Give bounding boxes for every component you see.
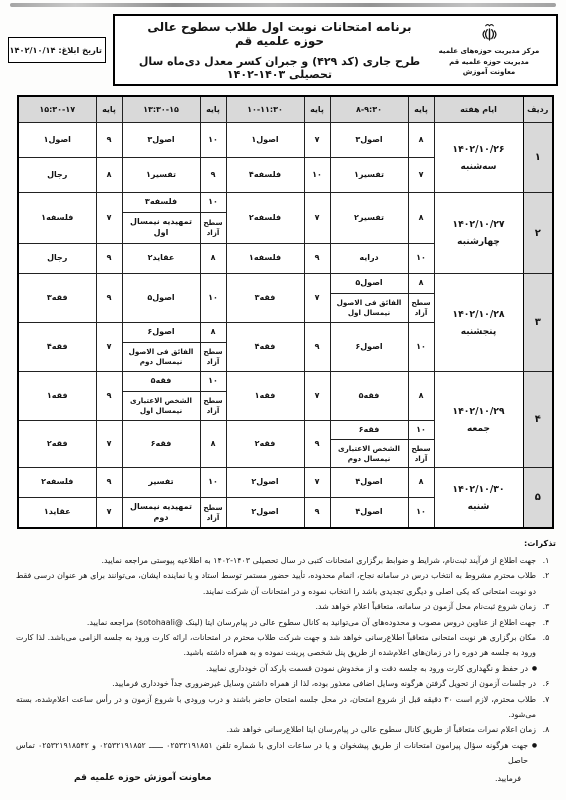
note-item: ۱.جهت اطلاع از فرآیند ثبت‌نام، شرایط و ض… xyxy=(12,553,556,568)
day-date-cell: ۱۴۰۲/۱۰/۳۰شنبه xyxy=(434,468,523,529)
time-slot-cell: ۸رجال xyxy=(18,158,122,193)
slot-grid: ۱۰اصول۴ xyxy=(331,498,434,527)
column-header: ۱۳:۳۰-۱۵ xyxy=(122,96,200,123)
exam-date: ۱۴۰۲/۱۰/۲۶ xyxy=(435,144,523,155)
lesson-cell: فقه۲ xyxy=(227,421,304,467)
paye-cell: ۱۰ xyxy=(408,244,434,273)
day-row: ۱۱۴۰۲/۱۰/۲۶سه‌شنبه۸اصول۳۷اصول۱۱۰اصول۳۹اص… xyxy=(18,123,553,158)
paye-cell: ۱۰ xyxy=(408,498,434,527)
lesson-cell: فقه۵ xyxy=(123,372,200,391)
paye-cell: ۹ xyxy=(304,244,330,273)
time-slot-cell: ۹فقه۱ xyxy=(18,372,122,421)
time-slot-cell: ۷فقه۴ xyxy=(18,323,122,372)
slot-grid: ۱۰اصول۳ xyxy=(123,123,226,157)
bullet-icon: ● xyxy=(528,738,541,753)
slot-grid: سطح آزادتمهیدیه نیمسال دوم xyxy=(123,498,226,527)
document-title: برنامه امتحانات نوبت اول طلاب سطوح عالی … xyxy=(131,20,428,48)
note-number: ۴. xyxy=(536,615,556,630)
bullet-icon: ● xyxy=(528,661,541,676)
paye-cell: ۷ xyxy=(96,421,122,467)
slot-grid: ۷تفسیر۱ xyxy=(331,158,434,192)
lesson-cell: اصول۵ xyxy=(123,274,200,322)
weekday: سه‌شنبه xyxy=(435,162,523,172)
paye-cell: ۹ xyxy=(96,123,122,157)
note-text: در جلسات آزمون از تحویل گرفتن هرگونه وسا… xyxy=(12,676,536,691)
note-item: ۳.زمان شروع ثبت‌نام محل آزمون در سامانه،… xyxy=(12,599,556,614)
time-slot-cell: ۸فقه۵ xyxy=(330,372,434,421)
slot-grid: ۷عقاید۱ xyxy=(19,498,122,527)
day-date-cell: ۱۴۰۲/۱۰/۲۸پنجشنبه xyxy=(434,274,523,372)
slot-grid: ۹فلسفه۲ xyxy=(19,468,122,497)
lesson-cell: تفسیر۱ xyxy=(123,158,200,192)
lesson-cell: تفسیر۲ xyxy=(331,193,408,243)
note-text: جهت هرگونه سؤال پیرامون امتحانات از طریق… xyxy=(12,738,528,769)
lesson-cell: رجال xyxy=(19,244,96,273)
weekday: پنجشنبه xyxy=(435,327,523,337)
lesson-cell: فقه۵ xyxy=(331,372,408,420)
time-slot-cell: ۷اصول۱ xyxy=(226,123,330,158)
lesson-cell: فقه۴ xyxy=(227,323,304,371)
time-slot-cell: ۸اصول۵سطح آزادالفائق فی الاصول نیمسال او… xyxy=(330,274,434,323)
lesson-cell: رجال xyxy=(19,158,96,192)
slot-grid: ۸فقه۵ xyxy=(331,372,434,420)
slot-grid: ۷فقه۱ xyxy=(227,372,330,420)
row-index: ۲ xyxy=(523,193,553,274)
slot-grid: ۱۰درایه xyxy=(331,244,434,273)
notice-date-box: تاریخ ابلاغ: ۱۴۰۲/۱۰/۱۴ xyxy=(8,37,106,63)
lesson-cell: اصول۱ xyxy=(19,123,96,157)
document-subtitle: طرح جاری (کد ۴۲۹) و جبران کسر معدل دی‌ما… xyxy=(131,55,428,81)
note-number: ۷. xyxy=(536,692,556,707)
paye-cell: ۷ xyxy=(304,372,330,420)
lesson-cell: فقه۳ xyxy=(227,274,304,322)
note-number: ۵. xyxy=(536,630,556,645)
slot-grid: ۱۰اصول۶ xyxy=(331,323,434,371)
day-date-cell: ۱۴۰۲/۱۰/۲۶سه‌شنبه xyxy=(434,123,523,193)
time-slot-cell: ۱۰درایه xyxy=(330,244,434,274)
slot-grid: ۹فقه۳ xyxy=(19,274,122,322)
closing-word: فرمایید. xyxy=(495,771,521,786)
time-slot-cell: ۷عقاید۱ xyxy=(18,498,122,529)
time-slot-cell: ۱۰فلسفه۴ xyxy=(226,158,330,193)
paye-cell: سطح آزاد xyxy=(200,391,226,420)
paye-cell: سطح آزاد xyxy=(200,342,226,371)
day-row: ۳۱۴۰۲/۱۰/۲۸پنجشنبه۸اصول۵سطح آزادالفائق ف… xyxy=(18,274,553,323)
lesson-cell: الشخص الاعتباری نیمسال دوم xyxy=(331,439,408,467)
paye-cell: سطح آزاد xyxy=(408,439,434,467)
time-slot-cell: ۸عقاید۲ xyxy=(122,244,226,274)
note-text: جهت اطلاع از فرآیند ثبت‌نام، شرایط و ضوا… xyxy=(12,553,536,568)
org-line-1: مرکز مدیریت حوزه‌های علمیه xyxy=(428,46,550,57)
time-slot-cell: ۹فلسفه۲ xyxy=(18,468,122,498)
paye-cell: ۷ xyxy=(408,158,434,192)
lesson-cell: تفسیر۱ xyxy=(331,158,408,192)
note-item: ۲.طلاب محترم مشروط به انتخاب درس در ساما… xyxy=(12,568,556,599)
note-number: ۲. xyxy=(536,568,556,583)
lesson-cell: تمهیدیه نیمسال اول xyxy=(123,212,200,243)
paye-cell: ۱۰ xyxy=(408,323,434,371)
paye-cell: ۸ xyxy=(408,372,434,420)
slot-grid: ۸اصول۵سطح آزادالفائق فی الاصول نیمسال او… xyxy=(331,274,434,322)
slot-grid: ۹فلسفه۱ xyxy=(227,244,330,273)
lesson-cell: فلسفه۳ xyxy=(123,193,200,212)
lesson-cell: فلسفه۲ xyxy=(19,468,96,497)
slot-grid: ۹فقه۲ xyxy=(227,421,330,467)
paye-cell: ۱۰ xyxy=(200,193,226,212)
lesson-cell: تفسیر xyxy=(123,468,200,497)
lesson-cell: فقه۶ xyxy=(331,421,408,439)
note-text: طلاب محترم مشروط به انتخاب درس در سامانه… xyxy=(12,568,536,599)
paye-cell: ۱۰ xyxy=(200,274,226,322)
column-header: پایه xyxy=(408,96,434,123)
lesson-cell: فقه۶ xyxy=(123,421,200,467)
slot-grid: ۹اصول۲ xyxy=(227,498,330,527)
time-slot-cell: ۸فقه۶ xyxy=(122,421,226,468)
note-text: در حفظ و نگهداری کارت ورود به جلسه دقت و… xyxy=(12,661,528,676)
slot-grid: ۷فقه۴ xyxy=(19,323,122,371)
column-header: پایه xyxy=(96,96,122,123)
paye-cell: ۹ xyxy=(96,468,122,497)
paye-cell: ۹ xyxy=(304,421,330,467)
lesson-cell: اصول۲ xyxy=(227,498,304,527)
lesson-cell: فقه۳ xyxy=(19,274,96,322)
iran-emblem-icon xyxy=(478,22,501,45)
time-slot-cell: ۷فقه۱ xyxy=(226,372,330,421)
lesson-cell: اصول۶ xyxy=(123,323,200,342)
note-number: ۳. xyxy=(536,599,556,614)
slot-grid: ۱۰اصول۵ xyxy=(123,274,226,322)
time-slot-cell: ۹رجال xyxy=(18,244,122,274)
paye-cell: ۷ xyxy=(96,323,122,371)
table-body: ۱۱۴۰۲/۱۰/۲۶سه‌شنبه۸اصول۳۷اصول۱۱۰اصول۳۹اص… xyxy=(18,123,553,529)
note-number: ۸. xyxy=(536,722,556,737)
paye-cell: سطح آزاد xyxy=(200,212,226,243)
paye-cell: ۹ xyxy=(304,498,330,527)
time-slot-cell: ۹فلسفه۱ xyxy=(226,244,330,274)
slot-grid: ۱۰تفسیر xyxy=(123,468,226,497)
paye-cell: ۱۰ xyxy=(200,468,226,497)
time-slot-cell: ۹فقه۴ xyxy=(226,323,330,372)
paye-cell: ۸ xyxy=(200,323,226,342)
lesson-cell: درایه xyxy=(331,244,408,273)
slot-grid: ۷فقه۲ xyxy=(19,421,122,467)
time-slot-cell: ۸تفسیر۲ xyxy=(330,193,434,244)
slot-grid: ۸رجال xyxy=(19,158,122,192)
org-line-3: معاونت آموزش xyxy=(428,67,550,78)
row-index: ۱ xyxy=(523,123,553,193)
note-text: جهت اطلاع از عناوین دروس مصوب و محدوده‌ه… xyxy=(12,615,536,630)
paye-cell: ۷ xyxy=(304,123,330,157)
paye-cell: ۸ xyxy=(408,193,434,243)
paye-cell: ۷ xyxy=(304,468,330,497)
slot-grid: ۱۰فقه۶سطح آزادالشخص الاعتباری نیمسال دوم xyxy=(331,421,434,467)
notice-date: تاریخ ابلاغ: ۱۴۰۲/۱۰/۱۴ xyxy=(10,45,102,55)
paye-cell: ۸ xyxy=(200,421,226,467)
time-slot-cell: ۱۰اصول۴ xyxy=(330,498,434,529)
note-number: ۶. xyxy=(536,676,556,691)
paye-cell: ۷ xyxy=(304,193,330,243)
lesson-cell: اصول۵ xyxy=(331,274,408,293)
slot-grid: ۹رجال xyxy=(19,244,122,273)
lesson-cell: اصول۱ xyxy=(227,123,304,157)
slot-grid: ۸تفسیر۲ xyxy=(331,193,434,243)
time-slot-cell: ۱۰اصول۵ xyxy=(122,274,226,323)
paye-cell: ۹ xyxy=(96,372,122,420)
exam-date: ۱۴۰۲/۱۰/۲۸ xyxy=(435,309,523,320)
slot-grid: ۱۰فلسفه۳سطح آزادتمهیدیه نیمسال اول xyxy=(123,193,226,243)
slot-grid: ۹اصول۱ xyxy=(19,123,122,157)
note-item: ●در حفظ و نگهداری کارت ورود به جلسه دقت … xyxy=(12,661,556,676)
paye-cell: سطح آزاد xyxy=(408,293,434,322)
paye-cell: ۱۰ xyxy=(200,372,226,391)
day-date-cell: ۱۴۰۲/۱۰/۲۹جمعه xyxy=(434,372,523,468)
weekday: شنبه xyxy=(435,502,523,512)
document-header: مرکز مدیریت حوزه‌های علمیه مدیریت حوزه ع… xyxy=(8,14,558,86)
paye-cell: ۱۰ xyxy=(408,421,434,439)
lesson-cell: فقه۲ xyxy=(19,421,96,467)
lesson-cell: فلسفه۴ xyxy=(227,158,304,192)
note-number: ۱. xyxy=(536,553,556,568)
time-slot-cell: ۸اصول۶سطح آزادالفائق فی الاصول نیمسال دو… xyxy=(122,323,226,372)
paye-cell: ۷ xyxy=(304,274,330,322)
row-index: ۴ xyxy=(523,372,553,468)
slot-grid: ۷فلسفه۱ xyxy=(19,193,122,243)
time-slot-cell: ۹فقه۳ xyxy=(18,274,122,323)
time-slot-cell: ۱۰تفسیر xyxy=(122,468,226,498)
time-slot-cell: ۷تفسیر۱ xyxy=(330,158,434,193)
slot-grid: ۱۰فلسفه۴ xyxy=(227,158,330,192)
paye-cell: ۸ xyxy=(200,244,226,273)
header-row: ردیفایام هفتهپایه۸-۹:۳۰پایه۱۰-۱۱:۳۰پایه۱… xyxy=(18,96,553,123)
lesson-cell: فقه۱ xyxy=(19,372,96,420)
lesson-cell: اصول۳ xyxy=(331,123,408,157)
slot-grid: ۱۰فقه۵سطح آزادالشخص الاعتباری نیمسال اول xyxy=(123,372,226,420)
time-slot-cell: ۷اصول۲ xyxy=(226,468,330,498)
note-item: ۷.طلاب محترم، لازم است ۳۰ دقیقه قبل از ش… xyxy=(12,692,556,723)
notes-list: ۱.جهت اطلاع از فرآیند ثبت‌نام، شرایط و ض… xyxy=(12,553,556,769)
paye-cell: ۷ xyxy=(96,498,122,527)
time-slot-cell: ۸اصول۴ xyxy=(330,468,434,498)
note-item: ۶.در جلسات آزمون از تحویل گرفتن هرگونه و… xyxy=(12,676,556,691)
paye-cell: ۸ xyxy=(408,468,434,497)
column-header: ایام هفته xyxy=(434,96,523,123)
slot-grid: ۸عقاید۲ xyxy=(123,244,226,273)
time-slot-cell: ۹فقه۲ xyxy=(226,421,330,468)
paye-cell: ۷ xyxy=(96,193,122,243)
day-date-cell: ۱۴۰۲/۱۰/۲۷چهارشنبه xyxy=(434,193,523,274)
lesson-cell: اصول۳ xyxy=(123,123,200,157)
time-slot-cell: ۷فلسفه۲ xyxy=(226,193,330,244)
org-line-2: مدیریت حوزه علمیه قم xyxy=(428,57,550,68)
time-slot-cell: سطح آزادتمهیدیه نیمسال دوم xyxy=(122,498,226,529)
paye-cell: ۹ xyxy=(96,274,122,322)
lesson-cell: فلسفه۱ xyxy=(19,193,96,243)
column-header: ۱۰-۱۱:۳۰ xyxy=(226,96,304,123)
slot-grid: ۷فقه۳ xyxy=(227,274,330,322)
time-slot-cell: ۷فقه۲ xyxy=(18,421,122,468)
note-text: مکان برگزاری هر نوبت امتحانی متعاقباً اط… xyxy=(12,630,536,661)
note-item: ۴.جهت اطلاع از عناوین دروس مصوب و محدوده… xyxy=(12,615,556,630)
paye-cell: ۹ xyxy=(200,158,226,192)
lesson-cell: فلسفه۲ xyxy=(227,193,304,243)
paye-cell: ۸ xyxy=(408,274,434,293)
paye-cell: ۸ xyxy=(408,123,434,157)
exam-date: ۱۴۰۲/۱۰/۳۰ xyxy=(435,484,523,495)
column-header: ۸-۹:۳۰ xyxy=(330,96,408,123)
lesson-cell: عقاید۲ xyxy=(123,244,200,273)
column-header: پایه xyxy=(304,96,330,123)
notes-title: تذکرات: xyxy=(12,536,556,552)
time-slot-cell: ۸اصول۳ xyxy=(330,123,434,158)
lesson-cell: الشخص الاعتباری نیمسال اول xyxy=(123,391,200,420)
row-index: ۵ xyxy=(523,468,553,529)
paye-cell: ۱۰ xyxy=(304,158,330,192)
note-item: ۵.مکان برگزاری هر نوبت امتحانی متعاقباً … xyxy=(12,630,556,661)
day-row: ۴۱۴۰۲/۱۰/۲۹جمعه۸فقه۵۷فقه۱۱۰فقه۵سطح آزادا… xyxy=(18,372,553,421)
slot-grid: ۷اصول۱ xyxy=(227,123,330,157)
lesson-cell: عقاید۱ xyxy=(19,498,96,527)
day-row: ۲۱۴۰۲/۱۰/۲۷چهارشنبه۸تفسیر۲۷فلسفه۲۱۰فلسفه… xyxy=(18,193,553,244)
slot-grid: ۸اصول۳ xyxy=(331,123,434,157)
note-text: زمان شروع ثبت‌نام محل آزمون در سامانه، م… xyxy=(12,599,536,614)
slot-grid: ۷فلسفه۲ xyxy=(227,193,330,243)
note-item: ۸.زمان اعلام نمرات متعاقباً از طریق کانا… xyxy=(12,722,556,737)
row-index: ۳ xyxy=(523,274,553,372)
paye-cell: سطح آزاد xyxy=(200,498,226,527)
lesson-cell: اصول۲ xyxy=(227,468,304,497)
slot-grid: ۹تفسیر۱ xyxy=(123,158,226,192)
exam-date: ۱۴۰۲/۱۰/۲۹ xyxy=(435,406,523,417)
exam-table: ردیفایام هفتهپایه۸-۹:۳۰پایه۱۰-۱۱:۳۰پایه۱… xyxy=(17,95,554,529)
slot-grid: ۸اصول۶سطح آزادالفائق فی الاصول نیمسال دو… xyxy=(123,323,226,371)
lesson-cell: اصول۶ xyxy=(331,323,408,371)
lesson-cell: الفائق فی الاصول نیمسال اول xyxy=(331,293,408,322)
exam-date: ۱۴۰۲/۱۰/۲۷ xyxy=(435,219,523,230)
weekday: جمعه xyxy=(435,424,523,434)
time-slot-cell: ۷فقه۳ xyxy=(226,274,330,323)
column-header: ۱۵:۳۰-۱۷ xyxy=(18,96,96,123)
signature: معاونت آموزش حوزه علمیه قم xyxy=(74,770,212,788)
time-slot-cell: ۱۰اصول۳ xyxy=(122,123,226,158)
header-box: مرکز مدیریت حوزه‌های علمیه مدیریت حوزه ع… xyxy=(113,14,558,86)
paye-cell: ۸ xyxy=(96,158,122,192)
slot-grid: ۹فقه۴ xyxy=(227,323,330,371)
time-slot-cell: ۹تفسیر۱ xyxy=(122,158,226,193)
lesson-cell: تمهیدیه نیمسال دوم xyxy=(123,498,200,527)
paye-cell: ۹ xyxy=(96,244,122,273)
lesson-cell: فقه۴ xyxy=(19,323,96,371)
day-row: ۵۱۴۰۲/۱۰/۳۰شنبه۸اصول۴۷اصول۲۱۰تفسیر۹فلسفه… xyxy=(18,468,553,498)
closing-line: فرمایید. معاونت آموزش حوزه علمیه قم xyxy=(12,769,556,788)
weekday: چهارشنبه xyxy=(435,237,523,247)
column-header: پایه xyxy=(200,96,226,123)
note-text: زمان اعلام نمرات متعاقباً از طریق کانال … xyxy=(12,722,536,737)
lesson-cell: اصول۴ xyxy=(331,468,408,497)
org-block: مرکز مدیریت حوزه‌های علمیه مدیریت حوزه ع… xyxy=(428,22,550,79)
slot-grid: ۹فقه۱ xyxy=(19,372,122,420)
notes-section: تذکرات: ۱.جهت اطلاع از فرآیند ثبت‌نام، ش… xyxy=(12,536,556,787)
column-header: ردیف xyxy=(523,96,553,123)
lesson-cell: اصول۴ xyxy=(331,498,408,527)
paye-cell: ۱۰ xyxy=(200,123,226,157)
time-slot-cell: ۷فلسفه۱ xyxy=(18,193,122,244)
time-slot-cell: ۹اصول۲ xyxy=(226,498,330,529)
note-item: ●جهت هرگونه سؤال پیرامون امتحانات از طری… xyxy=(12,738,556,769)
lesson-cell: الفائق فی الاصول نیمسال دوم xyxy=(123,342,200,371)
document-page: مرکز مدیریت حوزه‌های علمیه مدیریت حوزه ع… xyxy=(0,0,566,787)
time-slot-cell: ۱۰فلسفه۳سطح آزادتمهیدیه نیمسال اول xyxy=(122,193,226,244)
time-slot-cell: ۱۰فقه۶سطح آزادالشخص الاعتباری نیمسال دوم xyxy=(330,421,434,468)
slot-grid: ۷اصول۲ xyxy=(227,468,330,497)
slot-grid: ۸اصول۴ xyxy=(331,468,434,497)
paye-cell: ۹ xyxy=(304,323,330,371)
slot-grid: ۸فقه۶ xyxy=(123,421,226,467)
scan-artifact xyxy=(10,3,556,7)
time-slot-cell: ۱۰فقه۵سطح آزادالشخص الاعتباری نیمسال اول xyxy=(122,372,226,421)
note-text: طلاب محترم، لازم است ۳۰ دقیقه قبل از شرو… xyxy=(12,692,536,723)
lesson-cell: فقه۱ xyxy=(227,372,304,420)
time-slot-cell: ۱۰اصول۶ xyxy=(330,323,434,372)
table-head: ردیفایام هفتهپایه۸-۹:۳۰پایه۱۰-۱۱:۳۰پایه۱… xyxy=(18,96,553,123)
title-block: برنامه امتحانات نوبت اول طلاب سطوح عالی … xyxy=(121,20,428,81)
time-slot-cell: ۹اصول۱ xyxy=(18,123,122,158)
lesson-cell: فلسفه۱ xyxy=(227,244,304,273)
